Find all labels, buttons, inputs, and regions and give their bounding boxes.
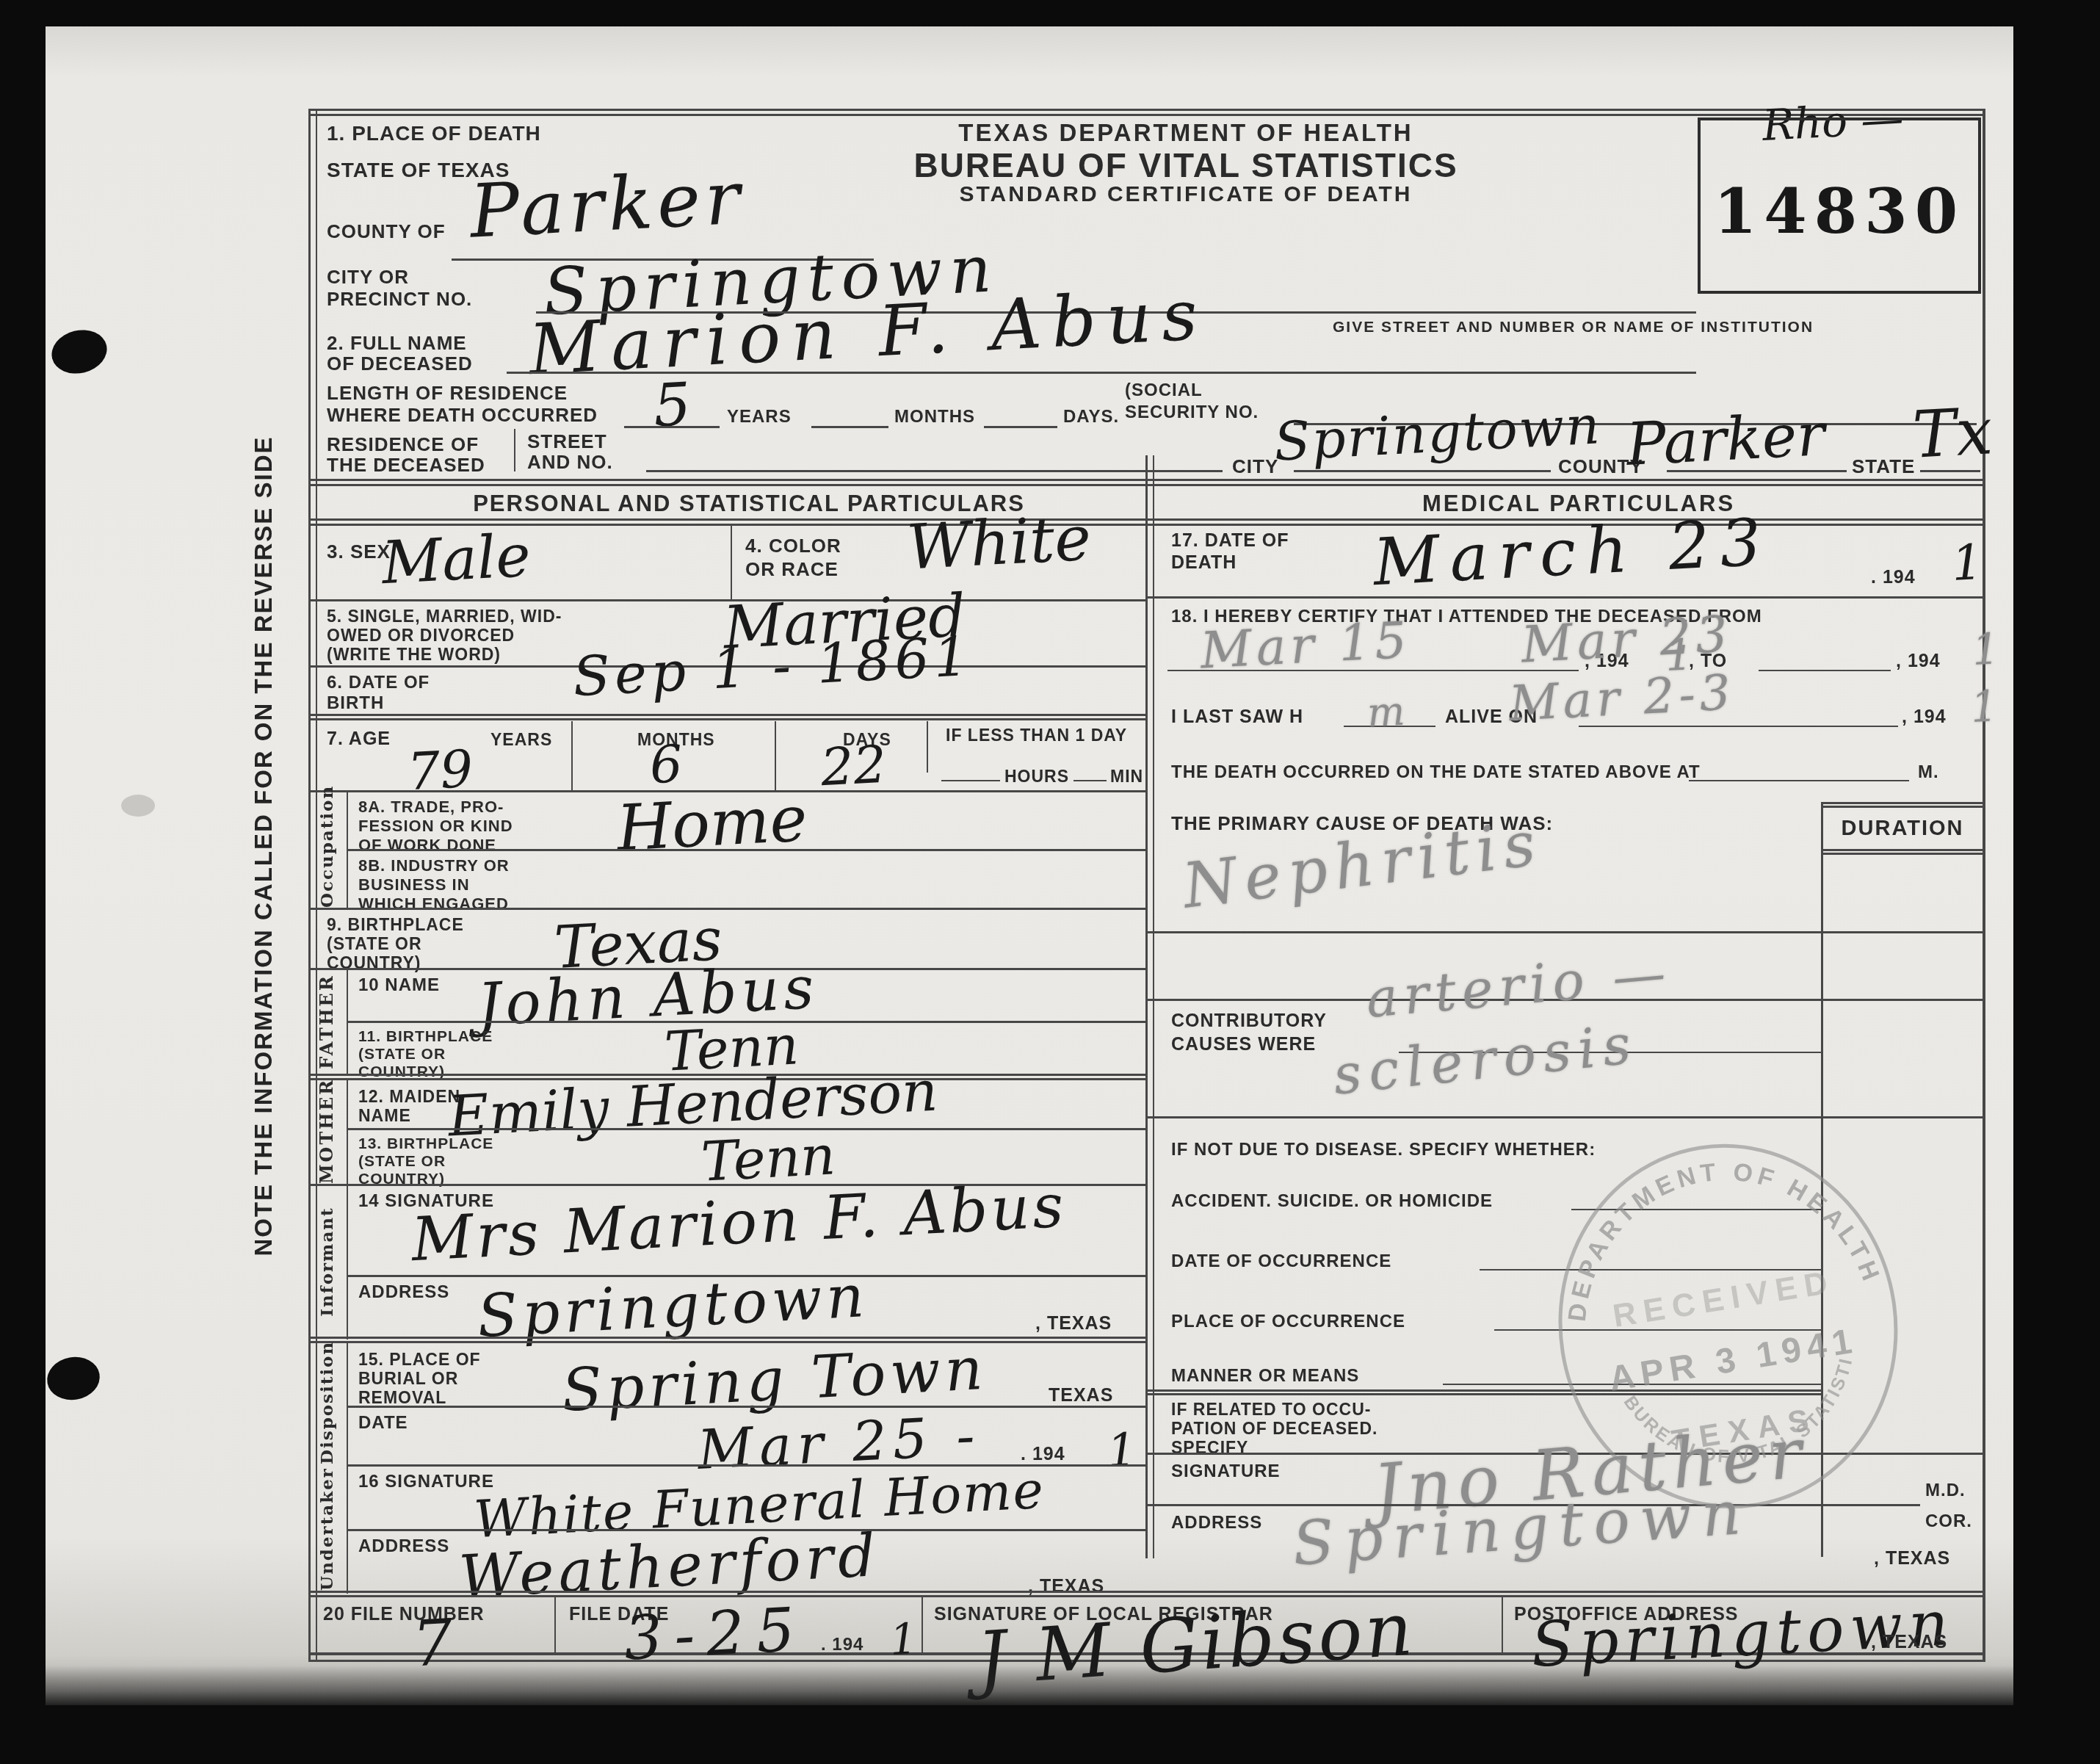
disposition-strip-label: Disposition [317, 1343, 337, 1464]
length-residence-label-1: LENGTH OF RESIDENCE [327, 382, 568, 405]
trade-label-3: OF WORK DONE [358, 836, 496, 855]
informant-strip-label: Informant [317, 1184, 337, 1340]
duration-bottom-rule [1821, 849, 1984, 855]
dob-line [308, 714, 1147, 720]
months-label: MONTHS [894, 407, 975, 427]
city-label: CITY [1232, 455, 1278, 478]
industry-line [308, 908, 1147, 910]
birthplace-label-1: 9. BIRTHPLACE [327, 915, 464, 935]
place-of-death-label: 1. PLACE OF DEATH [327, 122, 541, 145]
informant-addr-label: ADDRESS [358, 1282, 449, 1303]
trade-label-1: 8A. TRADE, PRO- [358, 798, 504, 817]
dod-year-printed: . 194 [1871, 567, 1916, 588]
trade-label-2: FESSION OR KIND [358, 817, 513, 836]
race-handwriting: White [905, 502, 1093, 584]
death-occurred-label: THE DEATH OCCURRED ON THE DATE STATED AB… [1171, 762, 1701, 783]
file-year-printed: . 194 [821, 1635, 863, 1655]
hours-line [941, 780, 1000, 781]
marital-label-3: (WRITE THE WORD) [327, 645, 501, 665]
lastsaw-date-handwriting: Mar 2-3 [1507, 664, 1736, 732]
color-label-1: 4. COLOR [745, 535, 841, 557]
attended-to-handwriting: Mar 23 [1520, 606, 1734, 675]
burial-line [347, 1406, 1147, 1408]
dob-label-1: 6. DATE OF [327, 673, 430, 693]
year3-printed: , 194 [1902, 706, 1947, 728]
days-line [984, 426, 1057, 428]
burial-label-2: BURIAL OR [358, 1369, 458, 1389]
mother-strip-divider [347, 1080, 348, 1184]
informant-strip-divider [347, 1184, 348, 1340]
res-state-label: STATE [1852, 455, 1915, 478]
industry-label-2: BUSINESS IN [358, 875, 470, 894]
informant-disposition-rule [308, 1337, 1147, 1343]
cor-label: COR. [1925, 1511, 1972, 1532]
age-tick-2 [775, 721, 776, 790]
accident-label: ACCIDENT. SUICIDE. OR HOMICIDE [1171, 1191, 1493, 1212]
full-name-label-1: 2. FULL NAME [327, 332, 467, 355]
maiden-label-1: 12. MAIDEN [358, 1087, 460, 1107]
burial-label-1: 15. PLACE OF [358, 1350, 481, 1370]
duration-label: DURATION [1821, 817, 1984, 841]
date-occurrence-label: DATE OF OCCURRENCE [1171, 1251, 1391, 1272]
industry-label-1: 8B. INDUSTRY OR [358, 856, 510, 875]
precinct-no-label: PRECINCT NO. [327, 288, 472, 311]
burial-year-handwriting: 1 [1106, 1423, 1137, 1478]
year3-handwriting: 1 [1969, 681, 1999, 732]
year2-printed: , 194 [1896, 651, 1941, 672]
received-stamp: DEPARTMENT OF HEALTH RECEIVED APR 3 1941… [1513, 1102, 1944, 1545]
scanned-death-certificate: NOTE THE INFORMATION CALLED FOR ON THE R… [0, 0, 2100, 1764]
residence-county-handwriting: Parker [1625, 400, 1827, 479]
death-occurred-line [1689, 780, 1909, 781]
form-top-border [308, 109, 1985, 116]
days-label: DAYS. [1063, 407, 1119, 427]
hours-label: HOURS [1004, 767, 1069, 787]
lastsaw-label-1: I LAST SAW H [1171, 706, 1303, 728]
min-line [1073, 780, 1107, 781]
months-line [811, 426, 888, 428]
occupation-strip-label: Occupation [317, 790, 337, 908]
attended-to-line [1759, 670, 1891, 671]
contributory-label-1: CONTRIBUTORY [1171, 1011, 1327, 1032]
dod-year-handwriting: 1 [1950, 534, 1984, 592]
age-months-handwriting: 6 [648, 734, 684, 795]
city-line [1294, 470, 1551, 472]
burial-date-label: DATE [358, 1413, 408, 1434]
certificate-number: 14830 [1698, 175, 1981, 247]
age-years-label: YEARS [490, 730, 552, 750]
dod-label-2: DEATH [1171, 552, 1237, 574]
file-year-handwriting: 1 [888, 1613, 918, 1665]
age-less-label: IF LESS THAN 1 DAY [946, 726, 1127, 745]
form-left-border-a [308, 109, 311, 1662]
years-line [624, 426, 720, 428]
footer-div-1 [554, 1597, 556, 1655]
street-hint-label: GIVE STREET AND NUMBER OR NAME OF INSTIT… [1333, 319, 1814, 336]
min-label: MIN [1110, 767, 1143, 787]
age-days-handwriting: 22 [819, 734, 888, 798]
stamp-date-text: APR 3 1941 [1607, 1321, 1861, 1399]
undertaker-addr-label: ADDRESS [358, 1536, 449, 1557]
physician-addr-label: ADDRESS [1171, 1513, 1262, 1533]
manner-label: MANNER OR MEANS [1171, 1366, 1359, 1387]
residence-label-2: THE DECEASED [327, 454, 485, 477]
file-date-handwriting: 3-25 [623, 1595, 808, 1674]
stamp-received-text: RECEIVED [1610, 1264, 1837, 1334]
father-strip-label: FATHER [316, 968, 337, 1075]
length-residence-label-2: WHERE DEATH OCCURRED [327, 404, 598, 427]
lastsaw-pronoun-handwriting: m [1366, 688, 1405, 737]
scan-black-bottom [0, 1705, 2100, 1764]
dob-label-2: BIRTH [327, 693, 384, 714]
postoffice-state: , TEXAS [1871, 1632, 1947, 1653]
paper-smudge [121, 795, 155, 817]
social-label-1: (SOCIAL [1125, 380, 1203, 401]
dod-label-1: 17. DATE OF [1171, 530, 1289, 552]
burial-state-label: TEXAS [1049, 1385, 1113, 1406]
street-label-2: AND NO. [527, 451, 613, 474]
death-occurred-m: M. [1918, 762, 1939, 783]
dept-title: TEXAS DEPARTMENT OF HEALTH [855, 119, 1516, 147]
informant-addr-state: , TEXAS [1035, 1313, 1112, 1334]
mother-bp-label-2: (STATE OR [358, 1153, 446, 1171]
year2-handwriting: 1 [1971, 623, 2000, 675]
related-label-2: PATION OF DECEASED. [1171, 1419, 1377, 1439]
father-bp-label-1: 11. BIRTHPLACE [358, 1028, 493, 1046]
street-line [646, 470, 1223, 472]
band-top-rule [308, 479, 1985, 486]
scan-black-right [2013, 0, 2100, 1764]
physician-sig-label: SIGNATURE [1171, 1461, 1281, 1482]
father-bp-label-2: (STATE OR [358, 1046, 446, 1063]
file-number-label: 20 FILE NUMBER [323, 1604, 485, 1625]
footer-top-rule [308, 1591, 1985, 1597]
burial-label-3: REMOVAL [358, 1388, 446, 1408]
mother-bp-label-1: 13. BIRTHPLACE [358, 1135, 493, 1153]
sex-color-divider [731, 526, 732, 599]
residence-state-handwriting: Tx [1911, 393, 1994, 473]
years-label: YEARS [727, 407, 792, 427]
trade-handwriting: Home [615, 782, 809, 865]
marital-label-2: OWED OR DIVORCED [327, 626, 515, 646]
city-or-label: CITY OR [327, 266, 409, 289]
res-county-line [1667, 470, 1847, 472]
age-years-handwriting: 79 [406, 739, 474, 803]
scan-black-top [0, 0, 2100, 26]
street-label-1: STREET [527, 430, 607, 453]
residence-label-1: RESIDENCE OF [327, 433, 479, 456]
industry-label-3: WHICH ENGAGED [358, 894, 509, 914]
sex-handwriting: Male [380, 521, 532, 597]
mother-strip-label: MOTHER [316, 1080, 337, 1184]
cause-line-1 [1145, 931, 1984, 933]
maiden-label-2: NAME [358, 1106, 411, 1126]
related-label-1: IF RELATED TO OCCU- [1171, 1400, 1371, 1420]
disposition-strip-divider [347, 1343, 348, 1464]
place-occurrence-label: PLACE OF OCCURRENCE [1171, 1312, 1405, 1332]
scan-black-left [0, 0, 46, 1764]
attended-from-line [1167, 670, 1579, 671]
undertaker-strip-label: Undertaker [317, 1464, 337, 1594]
residence-years-handwriting: 5 [652, 370, 693, 441]
marital-label-1: 5. SINGLE, MARRIED, WID- [327, 607, 562, 626]
residence-tick [514, 429, 515, 471]
age-tick-1 [571, 721, 573, 790]
age-label: 7. AGE [327, 729, 391, 750]
contributory-label-2: CAUSES WERE [1171, 1034, 1316, 1055]
age-tick-3 [927, 721, 928, 773]
footer-div-3 [1502, 1597, 1503, 1655]
county-of-label: COUNTY OF [327, 220, 446, 243]
physician-addr-state: , TEXAS [1874, 1548, 1950, 1569]
standard-cert-title: STANDARD CERTIFICATE OF DEATH [855, 182, 1516, 207]
county-handwriting: Parker [468, 154, 746, 254]
scan-bottom-fade [46, 1666, 2013, 1708]
dod-line [1145, 596, 1984, 599]
duration-top-rule [1821, 802, 1984, 808]
res-state-line [1920, 470, 1980, 472]
birthplace-label-2: (STATE OR [327, 934, 422, 954]
bureau-title: BUREAU OF VITAL STATISTICS [819, 145, 1553, 185]
trade-line [347, 849, 1147, 851]
color-label-2: OR RACE [745, 558, 839, 581]
margin-note: NOTE THE INFORMATION CALLED FOR ON THE R… [250, 435, 278, 1257]
full-name-label-2: OF DECEASED [327, 353, 473, 375]
footer-div-2 [922, 1597, 923, 1655]
social-label-2: SECURITY NO. [1125, 402, 1259, 423]
father-name-label: 10 NAME [358, 975, 440, 996]
form-right-border [1983, 109, 1985, 1662]
